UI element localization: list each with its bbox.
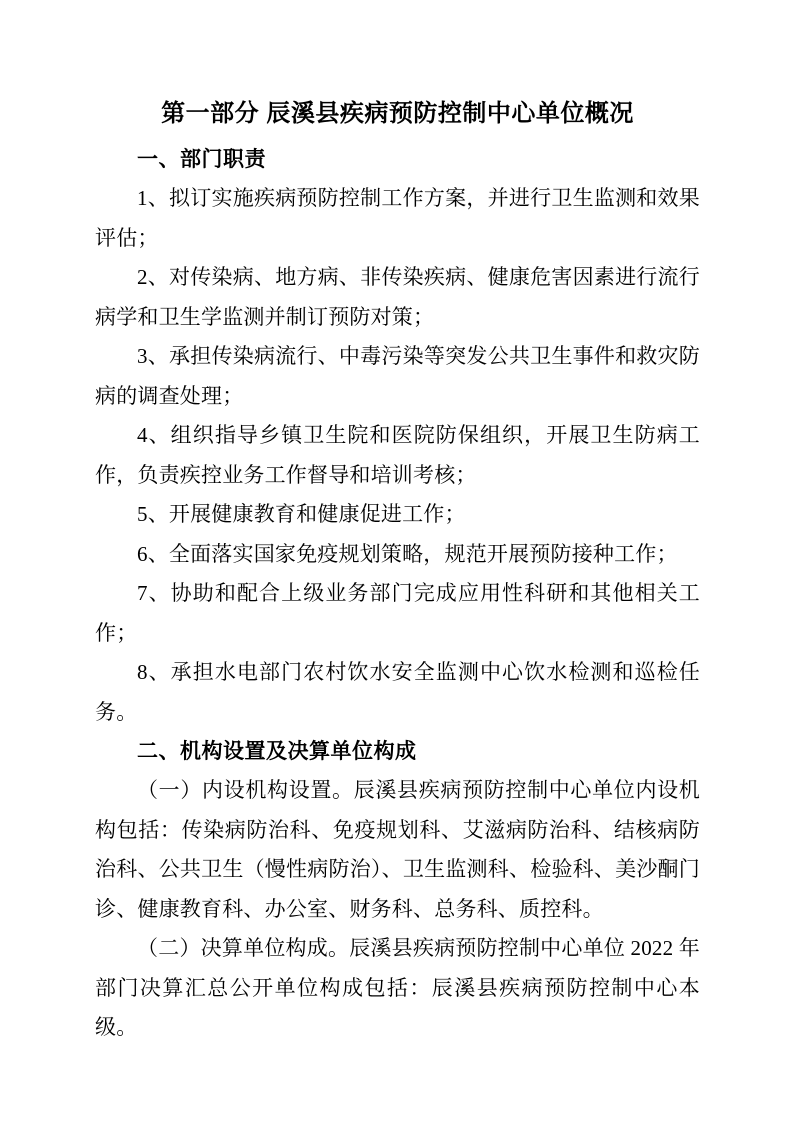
duty-item-6: 6、全面落实国家免疫规划策略，规范开展预防接种工作； [95,535,700,575]
duty-item-5: 5、开展健康教育和健康促进工作； [95,495,700,535]
duty-item-7: 7、协助和配合上级业务部门完成应用性科研和其他相关工作； [95,574,700,653]
duty-item-2: 2、对传染病、地方病、非传染疾病、健康危害因素进行流行病学和卫生学监测并制订预防… [95,258,700,337]
org-paragraph-internal-departments: （一）内设机构设置。辰溪县疾病预防控制中心单位内设机构包括：传染病防治科、免疫规… [95,771,700,929]
section-heading-organization-structure: 二、机构设置及决算单位构成 [95,732,700,771]
duty-item-1: 1、拟订实施疾病预防控制工作方案，并进行卫生监测和效果评估； [95,179,700,258]
duty-item-3: 3、承担传染病流行、中毒污染等突发公共卫生事件和救灾防病的调查处理； [95,337,700,416]
section-heading-department-duties: 一、部门职责 [95,140,700,179]
document-page: 第一部分 辰溪县疾病预防控制中心单位概况 一、部门职责 1、拟订实施疾病预防控制… [0,0,793,1122]
document-title: 第一部分 辰溪县疾病预防控制中心单位概况 [95,96,700,132]
org-paragraph-budget-units: （二）决算单位构成。辰溪县疾病预防控制中心单位 2022 年部门决算汇总公开单位… [95,929,700,1048]
duty-item-4: 4、组织指导乡镇卫生院和医院防保组织，开展卫生防病工作，负责疾控业务工作督导和培… [95,416,700,495]
duty-item-8: 8、承担水电部门农村饮水安全监测中心饮水检测和巡检任务。 [95,653,700,732]
